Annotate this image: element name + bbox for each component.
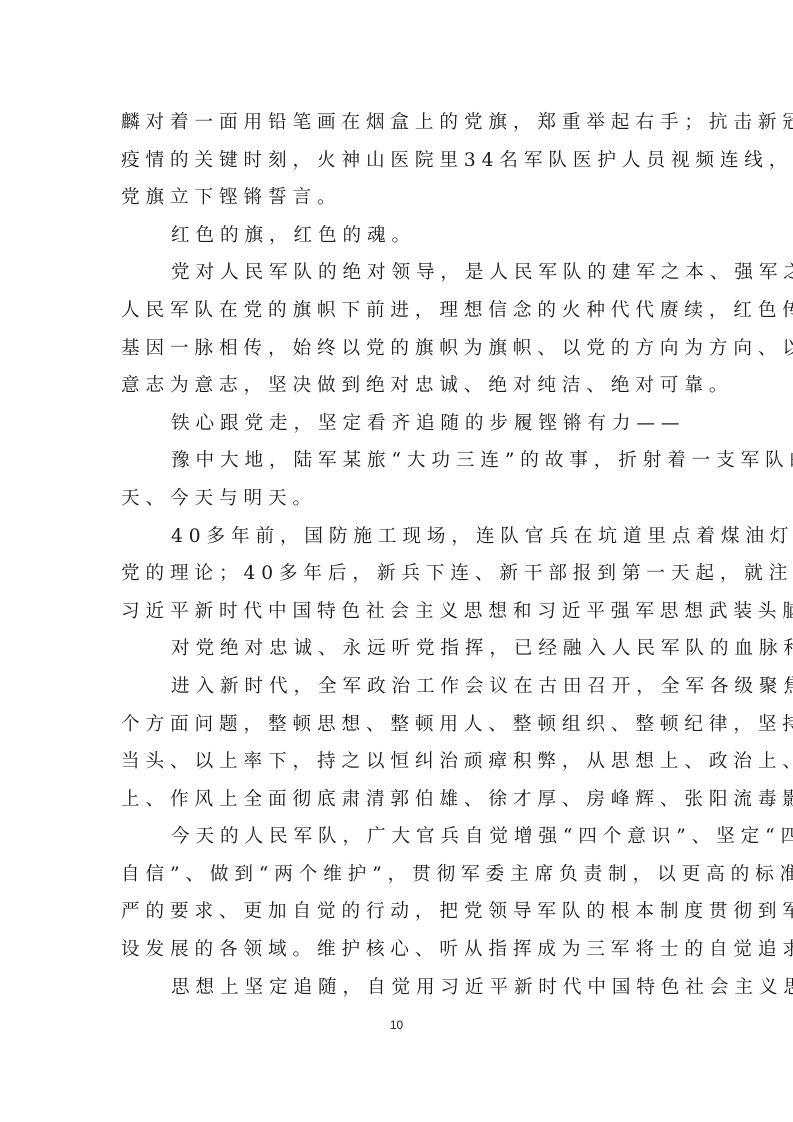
text-line: 自信”、做到“两个维护”，贯彻军委主席负责制，以更高的标准、更	[121, 856, 677, 894]
text-line: 40多年前，国防施工现场，连队官兵在坑道里点着煤油灯学习	[121, 518, 677, 556]
page-number: 10	[0, 1018, 793, 1032]
text-line: 麟对着一面用铅笔画在烟盒上的党旗，郑重举起右手；抗击新冠肺炎	[121, 104, 677, 142]
text-line: 疫情的关键时刻，火神山医院里34名军队医护人员视频连线，面向	[121, 142, 677, 180]
text-line: 思想上坚定追随，自觉用习近平新时代中国特色社会主义思想和	[121, 969, 677, 1007]
text-line: 基因一脉相传，始终以党的旗帜为旗帜、以党的方向为方向、以党的	[121, 330, 677, 368]
text-line: 党的理论；40多年后，新兵下连、新干部报到第一天起，就注重用	[121, 555, 677, 593]
text-line: 当头、以上率下，持之以恒纠治顽瘴积弊，从思想上、政治上、组织	[121, 743, 677, 781]
text-line: 党旗立下铿锵誓言。	[121, 179, 677, 217]
body-text: 麟对着一面用铅笔画在烟盒上的党旗，郑重举起右手；抗击新冠肺炎 疫情的关键时刻，火…	[121, 104, 677, 1006]
text-line: 意志为意志，坚决做到绝对忠诚、绝对纯洁、绝对可靠。	[121, 367, 677, 405]
text-line: 设发展的各领域。维护核心、听从指挥成为三军将士的自觉追求——	[121, 931, 677, 969]
text-line: 人民军队在党的旗帜下前进，理想信念的火种代代赓续，红色传统的	[121, 292, 677, 330]
text-line: 进入新时代，全军政治工作会议在古田召开，全军各级聚焦10	[121, 668, 677, 706]
text-line: 习近平新时代中国特色社会主义思想和习近平强军思想武装头脑。	[121, 593, 677, 631]
text-line: 党对人民军队的绝对领导，是人民军队的建军之本、强军之魂。	[121, 254, 677, 292]
text-line: 上、作风上全面彻底肃清郭伯雄、徐才厚、房峰辉、张阳流毒影响。	[121, 781, 677, 819]
text-line: 个方面问题，整顿思想、整顿用人、整顿组织、整顿纪律，坚持严字	[121, 706, 677, 744]
text-line: 天、今天与明天。	[121, 480, 677, 518]
text-line: 红色的旗，红色的魂。	[121, 217, 677, 255]
text-line: 对党绝对忠诚、永远听党指挥，已经融入人民军队的血脉和基因。	[121, 630, 677, 668]
document-page: 麟对着一面用铅笔画在烟盒上的党旗，郑重举起右手；抗击新冠肺炎 疫情的关键时刻，火…	[0, 0, 793, 1122]
text-line: 豫中大地，陆军某旅“大功三连”的故事，折射着一支军队的昨	[121, 442, 677, 480]
text-line: 今天的人民军队，广大官兵自觉增强“四个意识”、坚定“四个	[121, 818, 677, 856]
text-line: 严的要求、更加自觉的行动，把党领导军队的根本制度贯彻到军队建	[121, 893, 677, 931]
text-line: 铁心跟党走，坚定看齐追随的步履铿锵有力——	[121, 405, 677, 443]
